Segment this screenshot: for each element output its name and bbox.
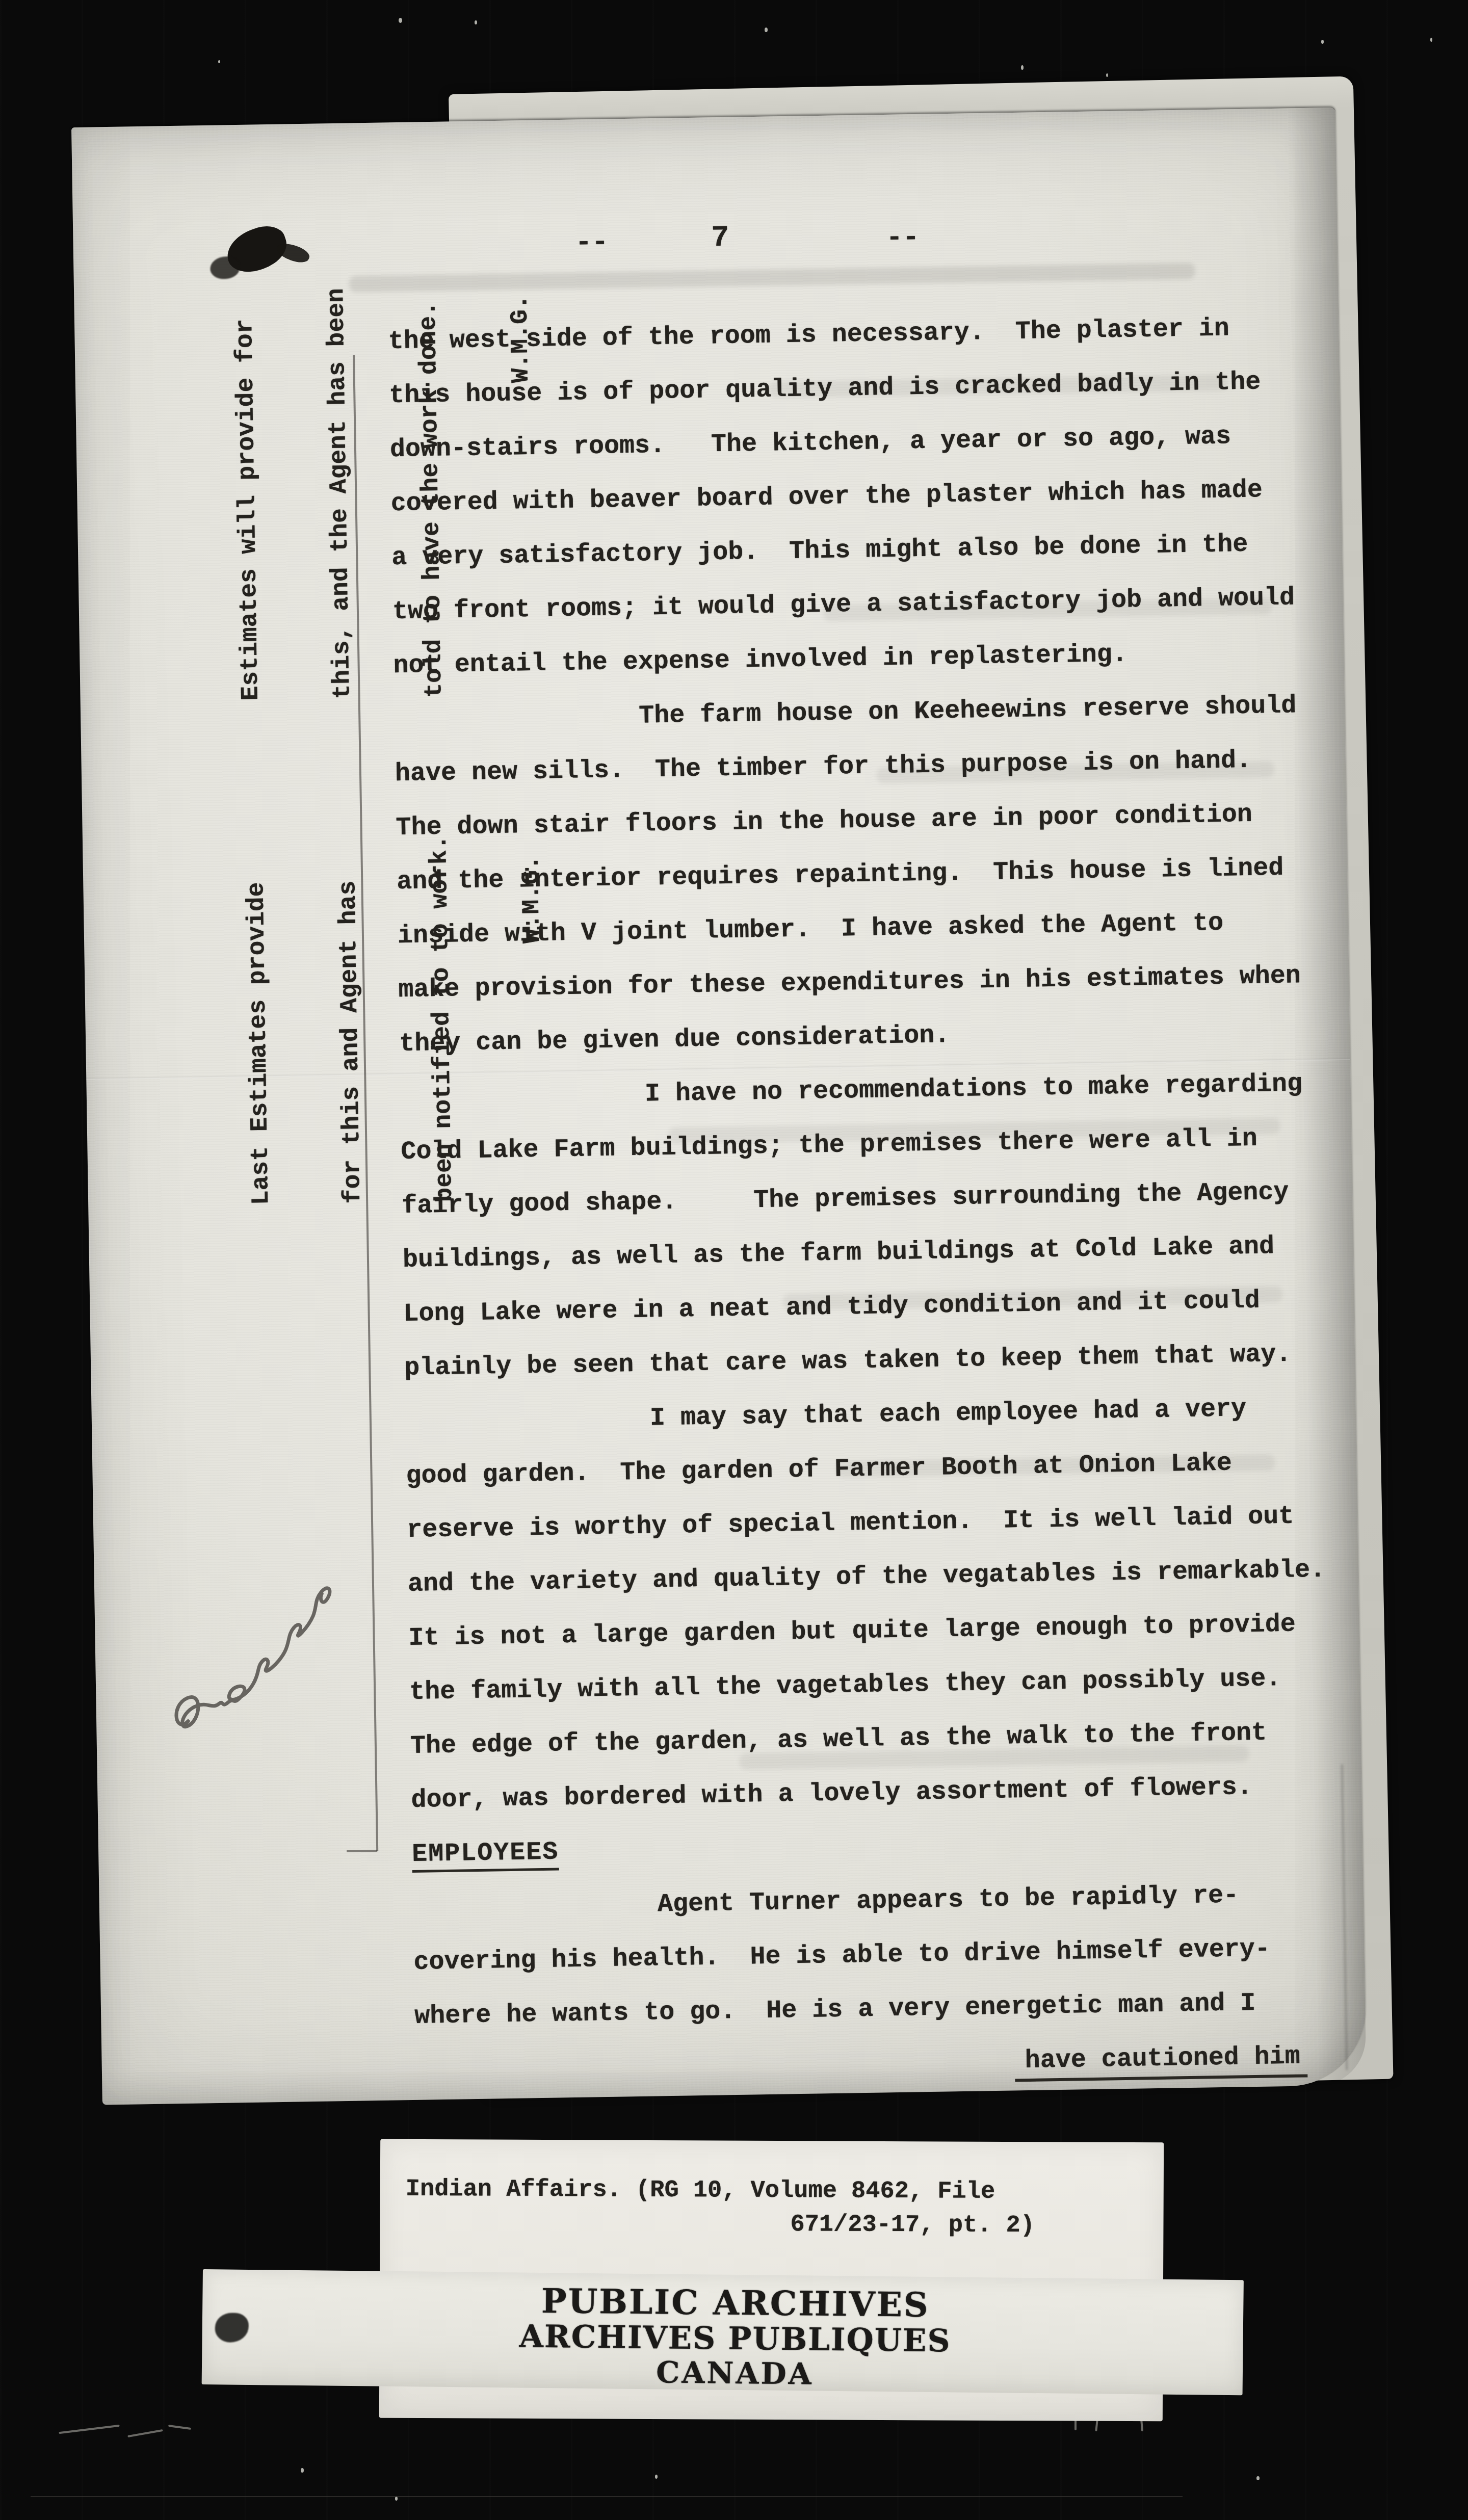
margin-note-line: told to have the work done. [414, 301, 448, 698]
archive-reference-line2: 671/23-17, pt. 2) [790, 2211, 1035, 2239]
dust-speck [1021, 65, 1024, 70]
document-page: -- 7 -- the west side of the room is nec… [71, 108, 1367, 2105]
reviewer-initials: W.M.G. [507, 785, 561, 1259]
dust-speck [1106, 73, 1108, 77]
margin-note-line: Estimates will provide for [231, 319, 265, 701]
margin-note-line: for this and Agent has [334, 880, 367, 1203]
archives-stamp-line2: ARCHIVES PUBLIQUES [484, 2319, 986, 2359]
dust-speck [1256, 2476, 1260, 2480]
dust-speck [475, 20, 477, 24]
archives-stamp-line1: PUBLIC ARCHIVES [484, 2281, 987, 2324]
film-scratch-line [31, 2496, 1183, 2497]
page-number: 7 [711, 222, 729, 255]
margin-note-last-estimates: Last Estimates provide for this and Agen… [186, 788, 377, 1265]
archives-stamp-strip: PUBLIC ARCHIVES ARCHIVES PUBLIQUES CANAD… [202, 2269, 1244, 2395]
margin-note-line: this, and the Agent has been [323, 288, 357, 699]
dust-speck [765, 28, 768, 32]
dust-speck [1321, 40, 1324, 44]
margin-note-line: been notified to to work. [426, 835, 459, 1202]
margin-note-estimates: Estimates will provide for this, and the… [175, 232, 366, 760]
reviewer-initials: W.M.G. [496, 230, 550, 755]
dust-speck [395, 2497, 398, 2501]
dust-speck [1430, 38, 1432, 42]
dust-speck [301, 2468, 304, 2473]
dust-speck [655, 2475, 658, 2479]
page-number-dash-right: -- [886, 222, 920, 254]
ink-smudge [215, 2313, 249, 2343]
archive-reference-line1: Indian Affairs. (RG 10, Volume 8462, Fil… [406, 2176, 995, 2206]
dust-speck [399, 18, 402, 23]
handwritten-signature [170, 1551, 342, 1739]
archives-stamp-line3: CANADA [484, 2354, 986, 2393]
dust-speck [218, 60, 220, 63]
margin-note-line: Last Estimates provide [243, 882, 275, 1205]
archives-stamp: PUBLIC ARCHIVES ARCHIVES PUBLIQUES CANAD… [484, 2281, 987, 2393]
